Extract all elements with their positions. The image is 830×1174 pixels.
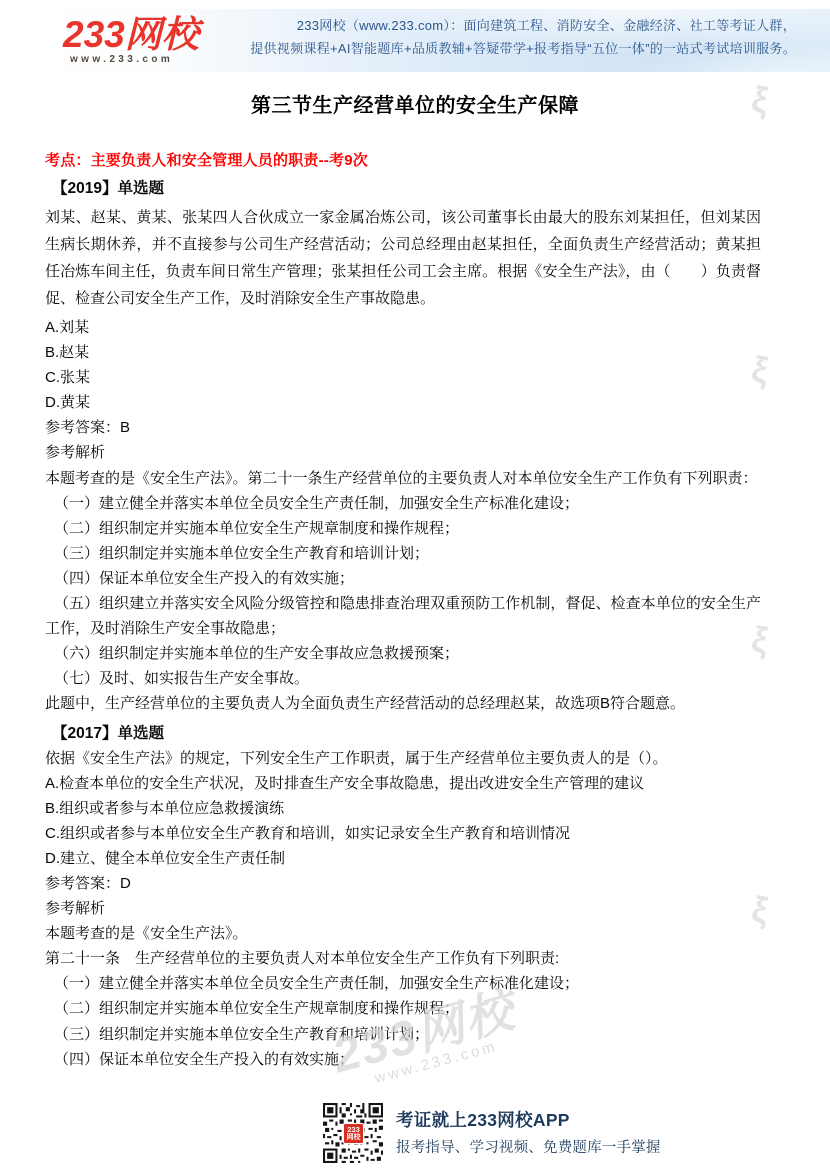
question-2017-analysis-title: 参考解析: [45, 896, 761, 921]
analysis-line: （二）组织制定并实施本单位安全生产规章制度和操作规程；: [45, 516, 761, 541]
analysis-line: （七）及时、如实报告生产安全事故。: [45, 666, 761, 691]
footer-text-block: 考证就上233网校APP 报考指导、学习视频、免费题库一手掌握: [396, 1108, 661, 1159]
question-2019-option-a: A.刘某: [45, 315, 761, 340]
analysis-conclusion: 此题中，生产经营单位的主要负责人为全面负责生产经营活动的总经理赵某，故选项B符合…: [45, 691, 761, 716]
question-2017-option-b: B.组织或者参与本单位应急救援演练: [45, 796, 761, 821]
header-tagline-line1: 233网校（www.233.com）：面向建筑工程、消防安全、金融经济、社工等考…: [250, 14, 796, 38]
app-qr-code: 233 网校: [323, 1103, 383, 1163]
brand-logo-text: 233网校: [63, 17, 199, 53]
question-2019-option-b: B.赵某: [45, 340, 761, 365]
qr-center-logo-top: 233: [347, 1126, 360, 1134]
site-header: 233网校 www.233.com 233网校（www.233.com）：面向建…: [0, 0, 830, 74]
question-2017-label: 【2017】单选题: [45, 721, 761, 746]
analysis-line: （三）组织制定并实施本单位安全生产教育和培训计划；: [45, 541, 761, 566]
question-2019-analysis-title: 参考解析: [45, 440, 761, 465]
analysis-line: 本题考查的是《安全生产法》。第二十一条生产经营单位的主要负责人对本单位安全生产工…: [45, 466, 761, 491]
brand-logo-url: www.233.com: [70, 54, 199, 65]
document-page: 233网校 www.233.com 233网校（www.233.com）：面向建…: [0, 0, 830, 1174]
analysis-line: （五）组织建立并落实安全风险分级管控和隐患排查治理双重预防工作机制，督促、检查本…: [45, 591, 761, 641]
question-2019-option-d: D.黄某: [45, 390, 761, 415]
analysis-line: （三）组织制定并实施本单位安全生产教育和培训计划；: [45, 1022, 761, 1047]
app-promo-title: 考证就上233网校APP: [396, 1108, 661, 1132]
app-promo-subtitle: 报考指导、学习视频、免费题库一手掌握: [396, 1138, 661, 1159]
header-tagline: 233网校（www.233.com）：面向建筑工程、消防安全、金融经济、社工等考…: [250, 14, 796, 61]
question-2017-answer: 参考答案：D: [45, 871, 761, 896]
analysis-line: （二）组织制定并实施本单位安全生产规章制度和操作规程；: [45, 996, 761, 1021]
page-title: 第三节生产经营单位的安全生产保障: [0, 92, 830, 120]
question-2019-option-c: C.张某: [45, 365, 761, 390]
analysis-line: 第二十一条 生产经营单位的主要负责人对本单位安全生产工作负有下列职责:: [45, 946, 761, 971]
question-2017-option-c: C.组织或者参与本单位安全生产教育和培训，如实记录安全生产教育和培训情况: [45, 821, 761, 846]
question-2019-stem: 刘某、赵某、黄某、张某四人合伙成立一家金属冶炼公司，该公司董事长由最大的股东刘某…: [45, 204, 761, 312]
app-promo-footer: 233 网校 考证就上233网校APP 报考指导、学习视频、免费题库一手掌握: [323, 1103, 661, 1163]
analysis-line: （六）组织制定并实施本单位的生产安全事故应急救援预案；: [45, 641, 761, 666]
analysis-line: （四）保证本单位安全生产投入的有效实施；: [45, 1047, 761, 1072]
qr-center-logo: 233 网校: [343, 1123, 364, 1144]
brand-logo: 233网校 www.233.com: [63, 17, 199, 65]
qr-center-logo-bottom: 网校: [347, 1134, 361, 1142]
exam-point-heading: 考点：主要负责人和安全管理人员的职责--考9次: [45, 150, 761, 172]
question-2017-stem: 依据《安全生产法》的规定，下列安全生产工作职责，属于生产经营单位主要负责人的是（…: [45, 746, 761, 771]
question-2019-label: 【2019】单选题: [45, 176, 761, 201]
document-body: 考点：主要负责人和安全管理人员的职责--考9次 【2019】单选题 刘某、赵某、…: [45, 150, 761, 1072]
analysis-line: （一）建立健全并落实本单位全员安全生产责任制，加强安全生产标准化建设；: [45, 971, 761, 996]
analysis-line: （一）建立健全并落实本单位全员安全生产责任制，加强安全生产标准化建设；: [45, 491, 761, 516]
header-tagline-line2: 提供视频课程+AI智能题库+品质教辅+答疑带学+报考指导“五位一体”的一站式考试…: [250, 37, 796, 61]
analysis-line: （四）保证本单位安全生产投入的有效实施；: [45, 566, 761, 591]
question-2019-answer: 参考答案：B: [45, 415, 761, 440]
question-2017-option-d: D.建立、健全本单位安全生产责任制: [45, 846, 761, 871]
question-2017-option-a: A.检查本单位的安全生产状况，及时排查生产安全事故隐患，提出改进安全生产管理的建…: [45, 771, 761, 796]
analysis-line: 本题考查的是《安全生产法》。: [45, 921, 761, 946]
